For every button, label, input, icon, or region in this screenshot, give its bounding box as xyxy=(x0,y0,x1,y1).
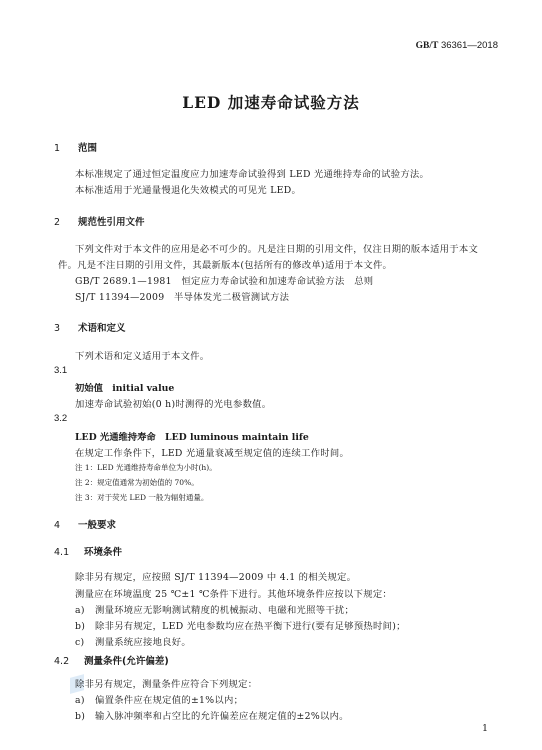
list-item-4-2-a: a)偏置条件应在规定值的±1%以内； xyxy=(75,692,243,706)
term-3-1-number: 3.1 xyxy=(54,365,67,376)
list-item-4-1-b: b)除非另有规定，LED 光电参数均应在热平衡下进行(要有足够预热时间)； xyxy=(75,618,406,632)
term-3-2-definition: 在规定工作条件下，LED 光通量衰减至规定值的连续工作时间。 xyxy=(75,445,349,459)
section-4-1-para-1: 除非另有规定，应按照 SJ/T 11394—2009 中 4.1 的相关规定。 xyxy=(75,569,356,583)
reference-1: GB/T 2689.1—1981 恒定应力寿命试验和加速寿命试验方法 总则 xyxy=(75,273,373,287)
section-3-para-1: 下列术语和定义适用于本文件。 xyxy=(75,348,209,362)
standard-number: GB/T 36361—2018 xyxy=(416,40,498,51)
note-3: 注 3：对于荧光 LED 一般为辐射通量。 xyxy=(75,492,208,503)
term-3-2: LED 光通维持寿命 LED luminous maintain life xyxy=(75,429,309,443)
section-4-2-para-1: 除非另有规定，测量条件应符合下列规定： xyxy=(75,676,257,690)
section-2-para-1: 下列文件对于本文件的应用是必不可少的。凡是注日期的引用文件，仅注日期的版本适用于… xyxy=(75,241,478,255)
document-title: LED 加速寿命试验方法 xyxy=(0,91,542,113)
list-item-4-1-a: a)测量环境应无影响测试精度的机械振动、电磁和光照等干扰； xyxy=(75,602,354,616)
term-3-1-definition: 加速寿命试验初始(0 h)时测得的光电参数值。 xyxy=(75,396,271,410)
page-number: 1 xyxy=(482,723,488,734)
section-4-1-heading: 4.1环境条件 xyxy=(54,544,122,558)
term-3-1: 初始值 initial value xyxy=(75,380,174,394)
section-2-para-2: 件。凡是不注日期的引用文件，其最新版本(包括所有的修改单)适用于本文件。 xyxy=(58,257,392,271)
section-4-2-heading: 4.2测量条件(允许偏差) xyxy=(54,653,169,667)
section-3-heading: 3术语和定义 xyxy=(54,320,126,334)
section-4-heading: 4一般要求 xyxy=(54,517,116,531)
section-1-para-1: 本标准规定了通过恒定温度应力加速寿命试验得到 LED 光通维持寿命的试验方法。 xyxy=(75,166,429,180)
section-4-1-para-2: 测量应在环境温度 25 ℃±1 ℃条件下进行。其他环境条件应按以下规定： xyxy=(75,586,392,600)
list-item-4-1-c: c)测量系统应接地良好。 xyxy=(75,634,191,648)
term-3-2-number: 3.2 xyxy=(54,413,67,424)
note-2: 注 2：规定值通常为初始值的 70%。 xyxy=(75,477,199,488)
section-2-heading: 2规范性引用文件 xyxy=(54,214,145,228)
section-1-para-2: 本标准适用于光通量慢退化失效模式的可见光 LED。 xyxy=(75,182,301,196)
section-1-heading: 1范围 xyxy=(54,140,97,154)
list-item-4-2-b: b)输入脉冲频率和占空比的允许偏差应在规定值的±2%以内。 xyxy=(75,708,349,722)
note-1: 注 1：LED 光通维持寿命单位为小时(h)。 xyxy=(75,462,217,473)
reference-2: SJ/T 11394—2009 半导体发光二极管测试方法 xyxy=(75,289,289,303)
